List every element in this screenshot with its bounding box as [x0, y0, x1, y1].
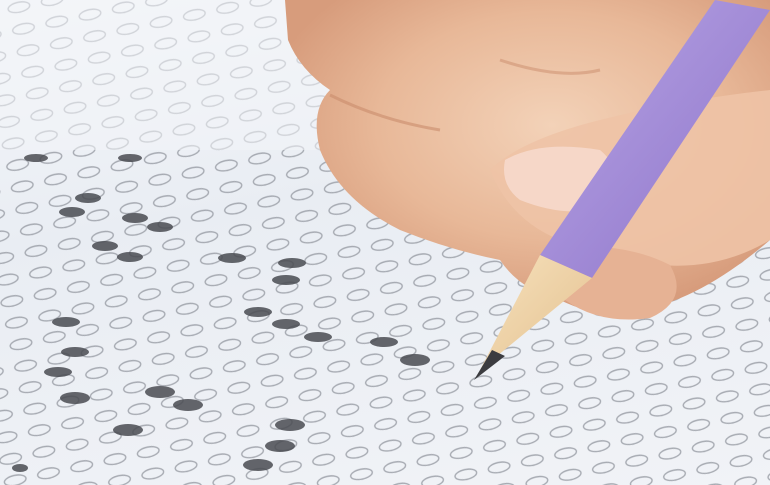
photo-scene [0, 0, 770, 485]
answer-sheet-photo [0, 0, 770, 485]
